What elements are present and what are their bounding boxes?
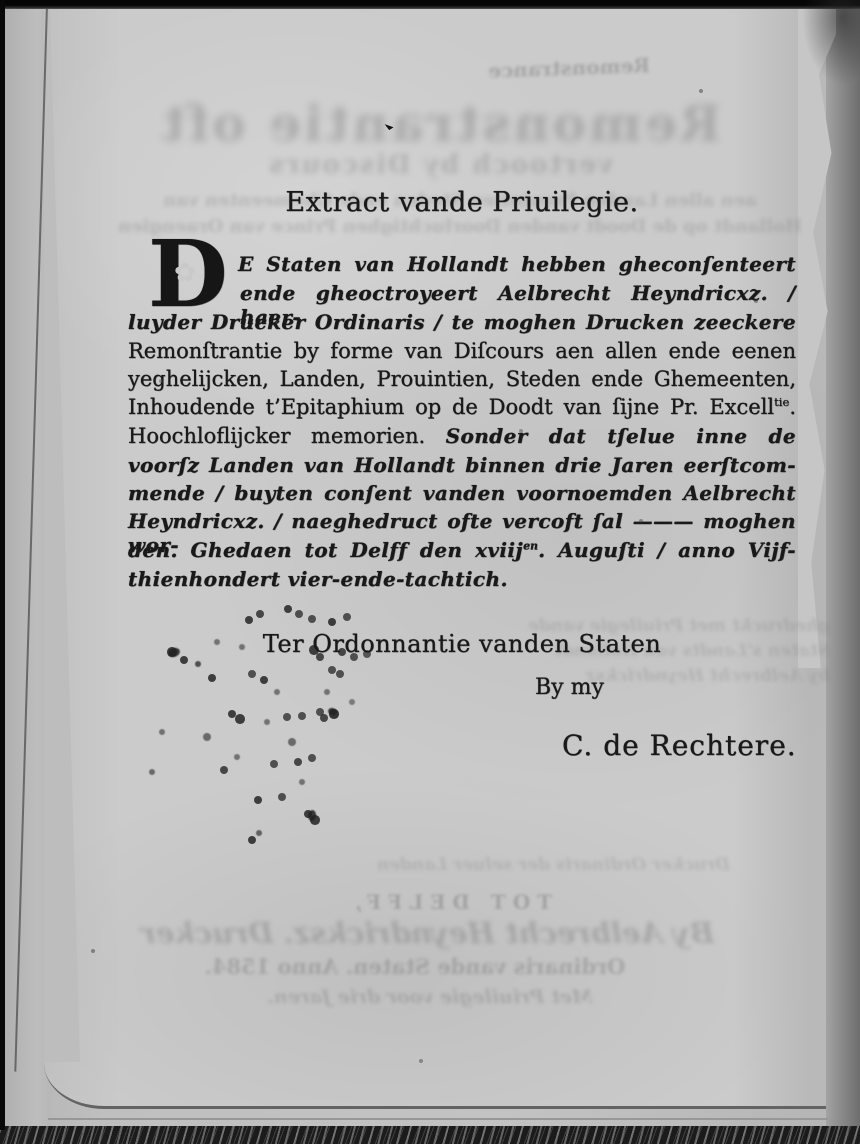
book-page-scan: Remonstrance Remonstrantie oft vertooch … (0, 0, 860, 1144)
body-line-3: luyder Drucker Ordinaris / te moghen Dru… (128, 310, 796, 334)
body-line-5: yeghelijcken, Landen, Prouintien, Steden… (128, 367, 796, 391)
fore-edge-shadow-band (826, 0, 860, 1128)
body-line-12: thienhondert vier-ende-tachtich. (128, 567, 796, 591)
body-line-6-main: Inhoudende t’Epitaphium op de Doodt van … (128, 395, 774, 419)
body-line-11: den. Ghedaen tot Delff den xviijen. Augu… (128, 538, 796, 562)
dust-specks (0, 0, 2, 2)
colophon-order-line: Ter Ordonnantie vanden Staten (128, 630, 796, 658)
drop-cap-floral-ornament-icon: ✿ (174, 258, 196, 288)
page-title: Extract vande Priuilegie. (128, 187, 796, 218)
marbled-book-edge (0, 1126, 860, 1144)
body-line-7-roman: Hoochloflijcker memorien. (128, 424, 446, 448)
corner-stain (802, 0, 860, 86)
scan-top-border (0, 0, 860, 9)
under-page-edge-line (48, 1118, 828, 1120)
body-line-4: Remonſtrantie by forme van Diſcours aen … (128, 339, 796, 363)
body-line-11-tail: . Auguſti / anno Vijf- (538, 538, 796, 562)
body-line-6-superscript: tie (774, 395, 789, 409)
body-line-11-superscript: en (523, 539, 538, 552)
scan-left-border (0, 0, 5, 1130)
colophon-by-line: By my (535, 675, 604, 700)
body-line-11-main: den. Ghedaen tot Delff den xviij (128, 538, 523, 562)
body-line-7: Hoochloflijcker memorien. Sonder dat tſe… (128, 424, 796, 448)
body-line-6: Inhoudende t’Epitaphium op de Doodt van … (128, 395, 796, 419)
body-line-9: mende / buyten conſent vanden voornoemde… (128, 481, 796, 505)
colophon-signature: C. de Rechtere. (562, 729, 797, 762)
body-line-1: E Staten van Hollandt hebben gheconſente… (238, 252, 796, 276)
body-line-8: voorſz Landen van Hollandt binnen drie J… (128, 453, 796, 477)
body-line-7-civilite: Sonder dat tſelue inne de (446, 424, 796, 448)
body-line-6-period: . (789, 395, 796, 419)
